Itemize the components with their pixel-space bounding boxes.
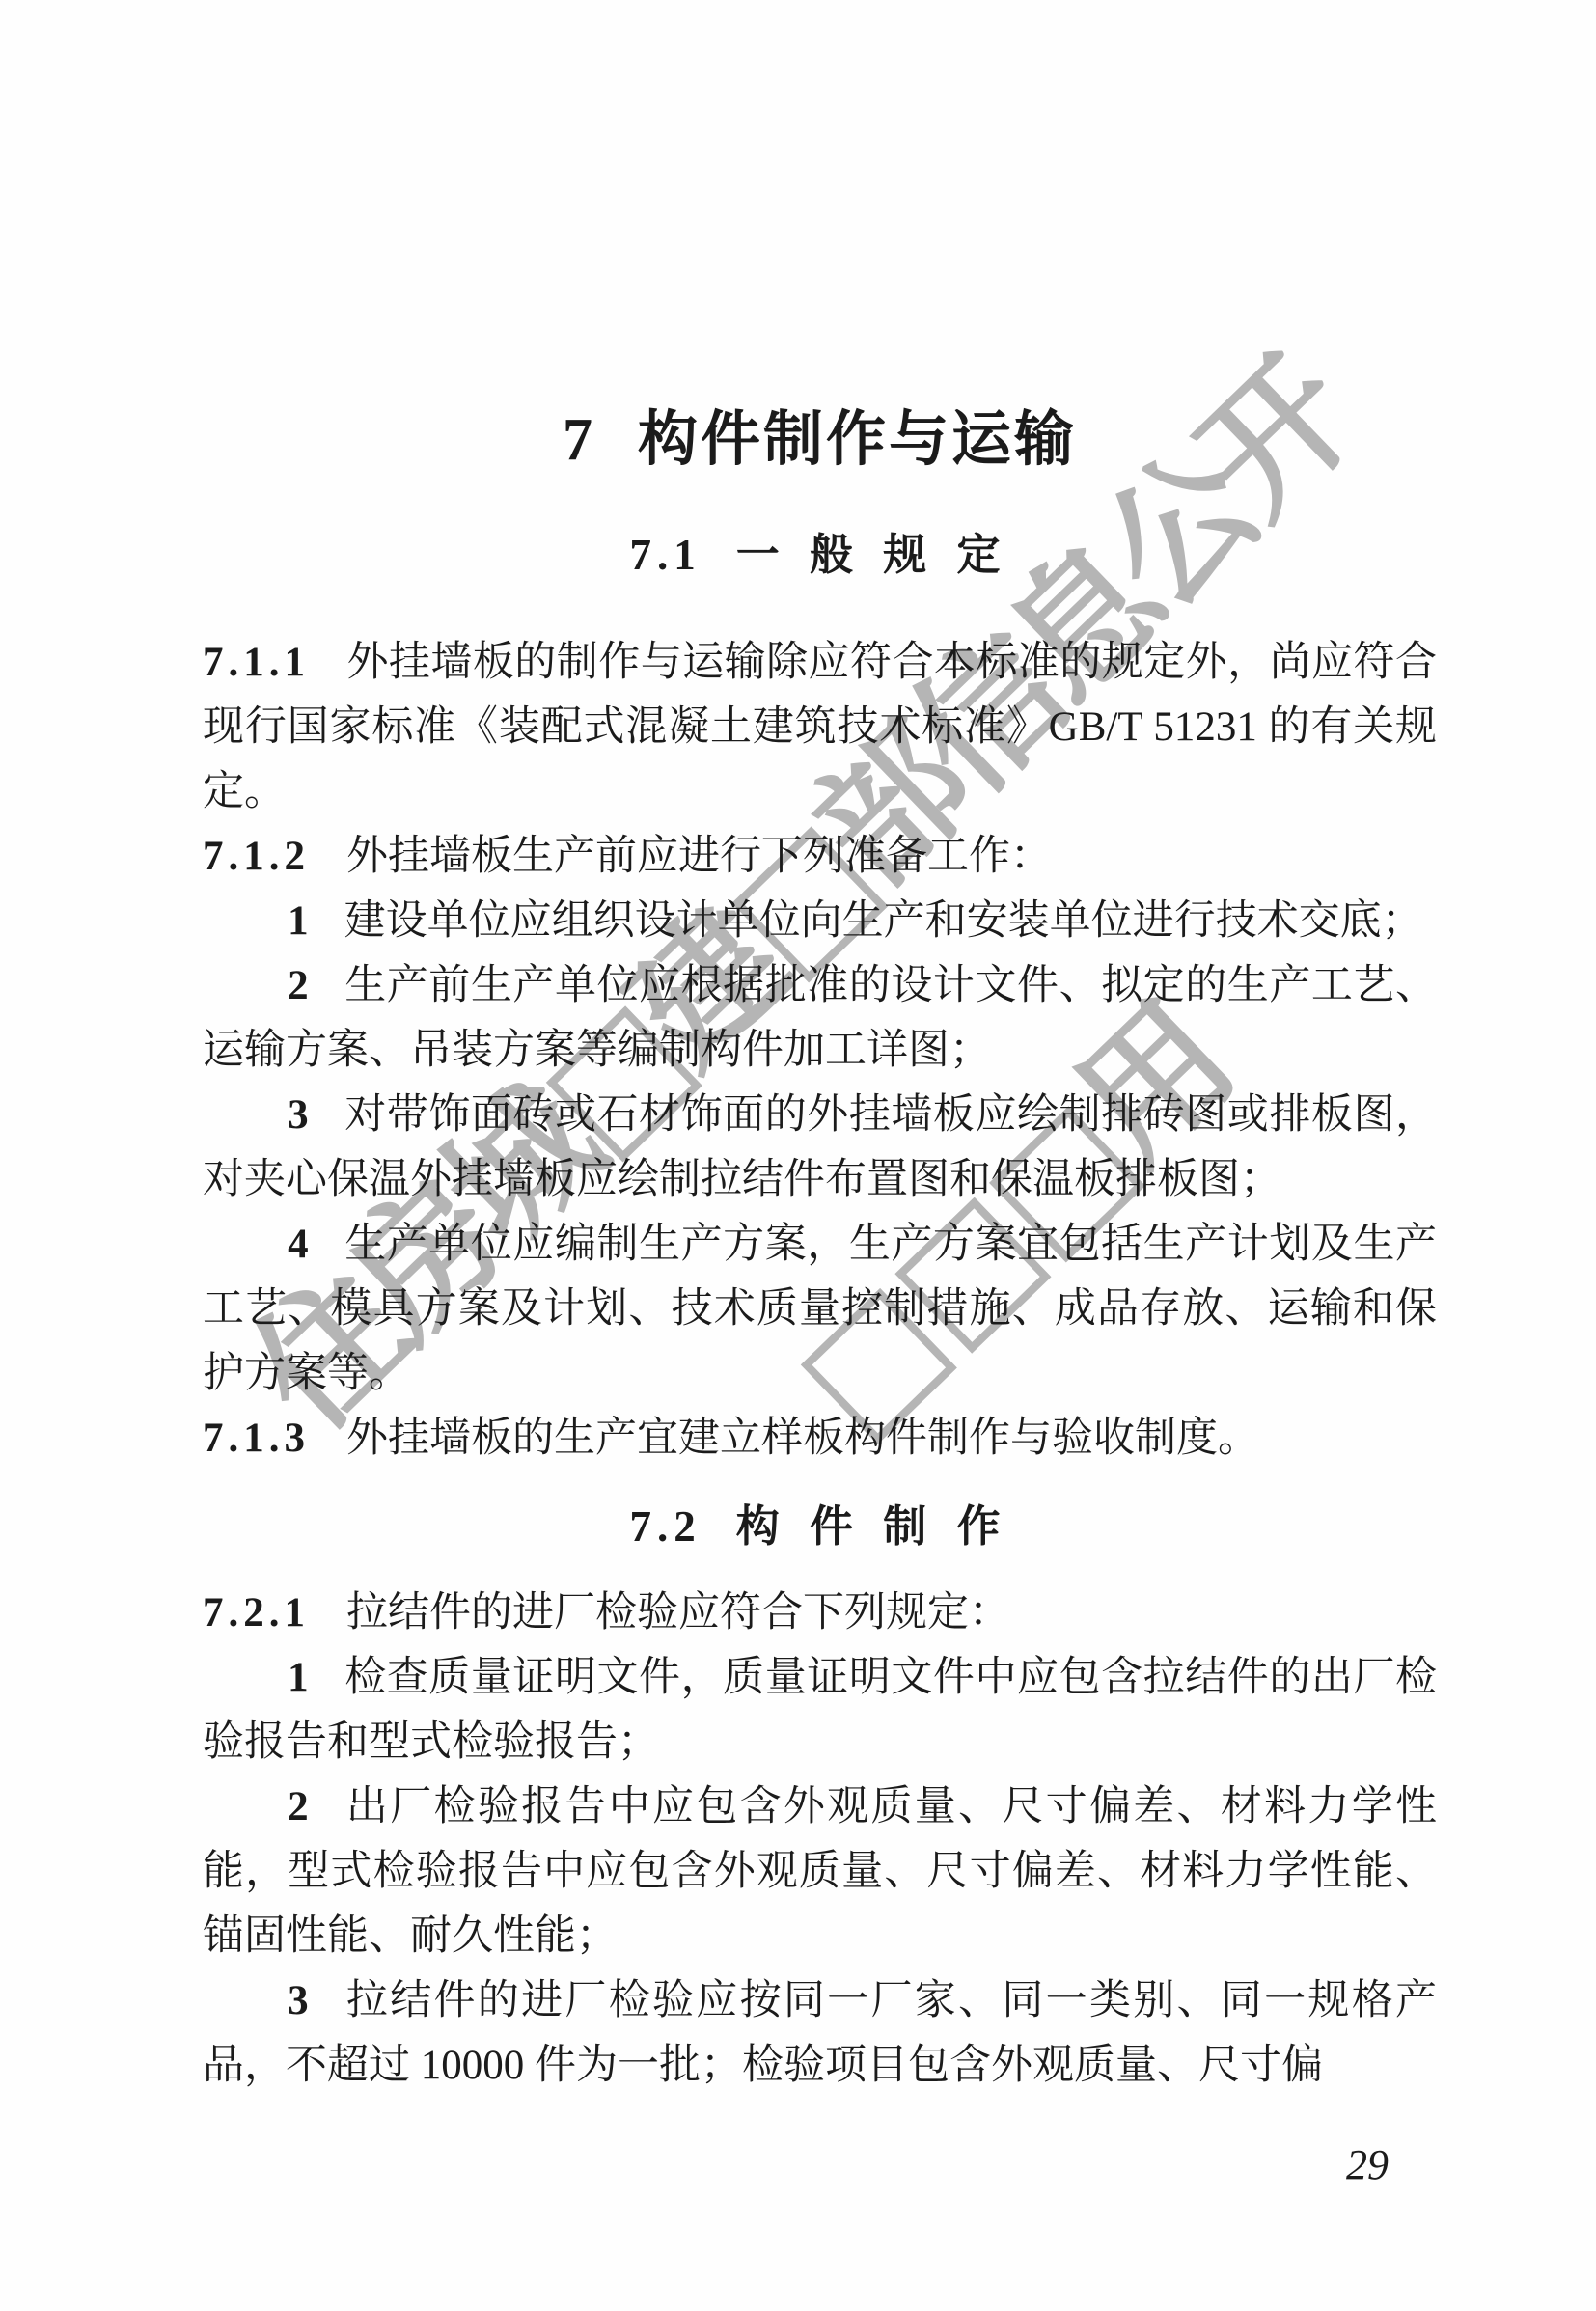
- section-number: 7.2: [629, 1502, 701, 1551]
- clause-text: 外挂墙板的生产宜建立样板构件制作与验收制度。: [346, 1416, 1259, 1461]
- chapter-heading: 7构件制作与运输: [203, 405, 1437, 475]
- item-text: 生产单位应编制生产方案，生产方案宜包括生产计划及生产工艺、模具方案及计划、技术质…: [203, 1222, 1437, 1396]
- clause-text: 外挂墙板的制作与运输除应符合本标准的规定外，尚应符合现行国家标准《装配式混凝土建…: [203, 640, 1437, 814]
- clause-paragraph: 7.2.1拉结件的进厂检验应符合下列规定：: [203, 1581, 1437, 1645]
- chapter-title: 构件制作与运输: [638, 407, 1077, 473]
- clause-paragraph: 7.1.1外挂墙板的制作与运输除应符合本标准的规定外，尚应符合现行国家标准《装配…: [203, 630, 1437, 824]
- clause-paragraph: 7.1.2外挂墙板生产前应进行下列准备工作：: [203, 824, 1437, 889]
- clause-text: 拉结件的进厂检验应符合下列规定：: [346, 1590, 1010, 1636]
- item-paragraph: 3对带饰面砖或石材饰面的外挂墙板应绘制排砖图或排板图，对夹心保温外挂墙板应绘制拉…: [203, 1083, 1437, 1212]
- item-text: 对带饰面砖或石材饰面的外挂墙板应绘制排砖图或排板图，对夹心保温外挂墙板应绘制拉结…: [203, 1092, 1437, 1202]
- item-text: 检查质量证明文件，质量证明文件中应包含拉结件的出厂检验报告和型式检验报告；: [203, 1655, 1437, 1765]
- document-page: 住房城□建□部信息公开 □□□用 7构件制作与运输 7.1一 般 规 定7.1.…: [0, 0, 1596, 2311]
- item-label: 1: [288, 898, 314, 944]
- clause-label: 7.1.1: [203, 640, 310, 685]
- clause-paragraph: 7.1.3外挂墙板的生产宜建立样板构件制作与验收制度。: [203, 1406, 1437, 1471]
- document-body: 7构件制作与运输 7.1一 般 规 定7.1.1外挂墙板的制作与运输除应符合本标…: [0, 0, 1596, 2098]
- page-number: 29: [1346, 2140, 1389, 2189]
- item-paragraph: 2出厂检验报告中应包含外观质量、尺寸偏差、材料力学性能，型式检验报告中应包含外观…: [203, 1775, 1437, 1968]
- item-label: 3: [288, 1092, 314, 1138]
- item-paragraph: 1建设单位应组织设计单位向生产和安装单位进行技术交底；: [203, 889, 1437, 953]
- item-label: 1: [288, 1655, 314, 1700]
- clause-label: 7.1.2: [203, 834, 310, 879]
- item-label: 3: [288, 1978, 314, 2023]
- item-paragraph: 3拉结件的进厂检验应按同一厂家、同一类别、同一规格产品，不超过 10000 件为…: [203, 1968, 1437, 2098]
- clause-label: 7.1.3: [203, 1416, 310, 1461]
- item-text: 拉结件的进厂检验应按同一厂家、同一类别、同一规格产品，不超过 10000 件为一…: [203, 1978, 1437, 2088]
- section-heading: 7.2构 件 制 作: [203, 1499, 1437, 1554]
- item-text: 建设单位应组织设计单位向生产和安装单位进行技术交底；: [344, 898, 1423, 944]
- item-text: 出厂检验报告中应包含外观质量、尺寸偏差、材料力学性能，型式检验报告中应包含外观质…: [203, 1784, 1437, 1959]
- item-label: 2: [288, 963, 314, 1008]
- clause-label: 7.2.1: [203, 1590, 310, 1636]
- clause-text: 外挂墙板生产前应进行下列准备工作：: [346, 834, 1052, 879]
- item-label: 2: [288, 1784, 314, 1830]
- item-paragraph: 1检查质量证明文件，质量证明文件中应包含拉结件的出厂检验报告和型式检验报告；: [203, 1645, 1437, 1775]
- item-text: 生产前生产单位应根据批准的设计文件、拟定的生产工艺、运输方案、吊装方案等编制构件…: [203, 963, 1437, 1073]
- section-title: 构 件 制 作: [736, 1502, 1010, 1551]
- item-paragraph: 2生产前生产单位应根据批准的设计文件、拟定的生产工艺、运输方案、吊装方案等编制构…: [203, 953, 1437, 1083]
- section-number: 7.1: [629, 531, 701, 579]
- chapter-number: 7: [563, 407, 595, 473]
- item-paragraph: 4生产单位应编制生产方案，生产方案宜包括生产计划及生产工艺、模具方案及计划、技术…: [203, 1212, 1437, 1406]
- section-heading: 7.1一 般 规 定: [203, 528, 1437, 582]
- item-label: 4: [288, 1222, 314, 1267]
- section-title: 一 般 规 定: [736, 531, 1010, 579]
